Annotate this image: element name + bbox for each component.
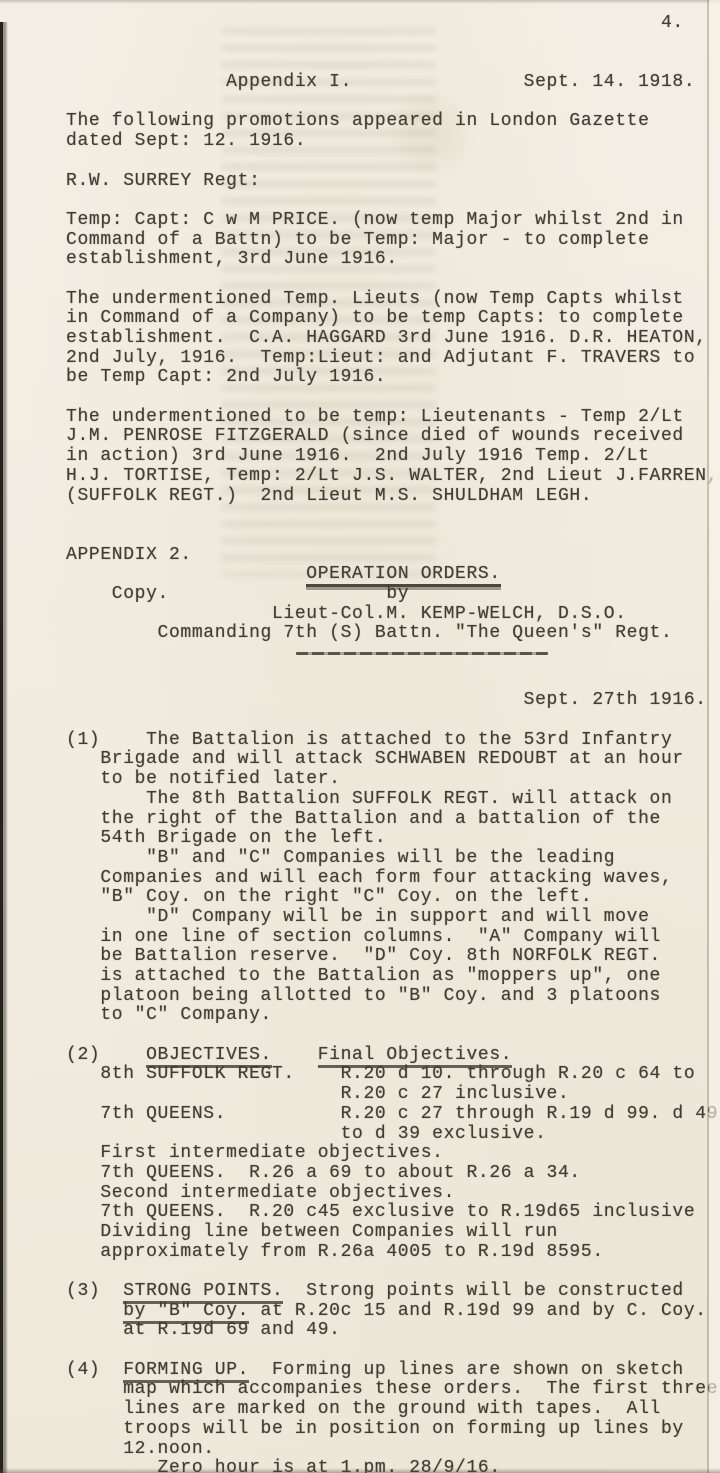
document-line: Dividing line between Companies will run [66, 1223, 720, 1243]
document-line: 54th Brigade on the left. [66, 829, 720, 849]
text-segment: Command of a Battn) to be Temp: Major - … [66, 230, 650, 250]
right-paper-edge [707, 0, 720, 1473]
text-segment: (1) The Battalion is attached to the 53r… [66, 730, 672, 750]
top-scan-edge [0, 0, 720, 4]
text-segment: (3) [66, 1281, 123, 1301]
document-line: 2nd July, 1916. Temp:Lieut: and Adjutant… [66, 349, 720, 369]
text-segment [272, 1045, 318, 1065]
document-line: 7th QUEENS. R.20 c45 exclusive to R.19d6… [66, 1203, 720, 1223]
text-segment: to be notified later. [66, 769, 341, 789]
document-line: 7th QUEENS. R.26 a 69 to about R.26 a 34… [66, 1164, 720, 1184]
text-segment: in Command of a Company) to be temp Capt… [66, 308, 684, 328]
document-line: (3) STRONG POINTS. Strong points will be… [66, 1282, 720, 1302]
document-line: Copy. by [66, 585, 720, 605]
text-segment: (SUFFOLK REGT.) 2nd Lieut M.S. SHULDHAM … [66, 486, 592, 506]
text-segment: approximately from R.26a 4005 to R.19d 8… [66, 1242, 604, 1262]
text-segment: "B" Coy. on the right "C" Coy. on the le… [66, 887, 592, 907]
document-line: "B" Coy. on the right "C" Coy. on the le… [66, 888, 720, 908]
text-segment: to "C" Company. [66, 1005, 272, 1025]
document-line: map which accompanies these orders. The … [66, 1380, 720, 1400]
document-line [66, 1262, 720, 1282]
document-line: troops will be in position on forming up… [66, 1420, 720, 1440]
document-line [66, 672, 720, 692]
text-segment: R.20 c 27 inclusive. [66, 1084, 569, 1104]
document-line [66, 270, 720, 290]
text-segment: Appendix I. Sept. 14. 1918. [66, 72, 695, 92]
text-segment: The 8th Battalion SUFFOLK REGT. will att… [66, 789, 672, 809]
document-line: "D" Company will be in support and will … [66, 908, 720, 928]
underlined-text: by "B" Coy. [123, 1301, 249, 1321]
text-segment: in one line of section columns. "A" Comp… [66, 927, 661, 947]
text-segment: to d 39 exclusive. [66, 1124, 547, 1144]
document-line [66, 526, 720, 546]
text-segment: Companies and will each form four attack… [66, 868, 672, 888]
text-segment: map which accompanies these orders. The … [66, 1379, 718, 1399]
underlined-text: STRONG POINTS. [123, 1281, 283, 1301]
document-line [66, 191, 720, 211]
document-line: by "B" Coy. at R.20c 15 and R.19d 99 and… [66, 1302, 720, 1322]
document-line: (4) FORMING UP. Forming up lines are sho… [66, 1361, 720, 1381]
document-line: dated Sept: 12. 1916. [66, 132, 720, 152]
document-line: in one line of section columns. "A" Comp… [66, 928, 720, 948]
text-segment: Lieut-Col.M. KEMP-WELCH, D.S.O. [66, 604, 627, 624]
document-line: 8th SUFFOLK REGT. R.20 d 10. through R.2… [66, 1065, 720, 1085]
document-line: approximately from R.26a 4005 to R.19d 8… [66, 1243, 720, 1263]
text-segment: 7th QUEENS. R.20 c 27 through R.19 d 99.… [66, 1104, 718, 1124]
text-segment: Temp: Capt: C w M PRICE. (now temp Major… [66, 210, 684, 230]
text-segment: The undermentioned to be temp: Lieutenan… [66, 407, 684, 427]
text-segment: 7th QUEENS. R.20 c45 exclusive to R.19d6… [66, 1202, 695, 1222]
text-segment: (4) [66, 1360, 123, 1380]
document-line [66, 388, 720, 408]
left-scan-edge [0, 22, 8, 1473]
document-line: "B" and "C" Companies will be the leadin… [66, 849, 720, 869]
text-segment: 12.noon. [66, 1439, 215, 1459]
document-line: (2) OBJECTIVES. Final Objectives. [66, 1046, 720, 1066]
bottom-scan-edge [0, 1468, 720, 1473]
text-segment: be Battalion reserve. "D" Coy. 8th NORFO… [66, 946, 661, 966]
text-segment: 8th SUFFOLK REGT. R.20 d 10. through R.2… [66, 1064, 695, 1084]
underlined-text: Final Objectives. [318, 1045, 513, 1065]
document-line [66, 1341, 720, 1361]
text-segment: R.W. SURREY Regt: [66, 171, 261, 191]
separator-rule-line [66, 652, 720, 672]
document-line: The following promotions appeared in Lon… [66, 112, 720, 132]
document-line [66, 152, 720, 172]
document-line: Commanding 7th (S) Battn. "The Queen's" … [66, 624, 720, 644]
document-line: 12.noon. [66, 1440, 720, 1460]
document-line: Command of a Battn) to be Temp: Major - … [66, 231, 720, 251]
appendix-2-heading-line: APPENDIX 2. [66, 546, 720, 566]
document-line [66, 93, 720, 113]
text-segment: at R.19d 69 and 49. [66, 1320, 341, 1340]
underlined-text: OBJECTIVES. [146, 1045, 272, 1065]
document-line: Lieut-Col.M. KEMP-WELCH, D.S.O. [66, 605, 720, 625]
document-line: at R.19d 69 and 49. [66, 1321, 720, 1341]
document-line: establishment, 3rd June 1916. [66, 250, 720, 270]
document-line [66, 506, 720, 526]
text-segment: Second intermediate objectives. [66, 1183, 455, 1203]
document-line: to be notified later. [66, 770, 720, 790]
text-layer: 4. Appendix I. Sept. 14. 1918.The follow… [0, 0, 720, 1473]
text-segment: 7th QUEENS. R.26 a 69 to about R.26 a 34… [66, 1163, 581, 1183]
document-line: in Command of a Company) to be temp Capt… [66, 309, 720, 329]
document-line: Companies and will each form four attack… [66, 869, 720, 889]
text-segment: 54th Brigade on the left. [66, 828, 386, 848]
document-line: The undermentioned to be temp: Lieutenan… [66, 408, 720, 428]
document-line: (1) The Battalion is attached to the 53r… [66, 731, 720, 751]
text-segment: Copy. by [66, 584, 409, 604]
document-line: First intermediate objectives. [66, 1144, 720, 1164]
underlined-text: FORMING UP. [123, 1360, 249, 1380]
document-line: in action) 3rd June 1916. 2nd July 1916 … [66, 447, 720, 467]
operation-orders-title-line: OPERATION ORDERS. [66, 565, 720, 585]
text-segment: The following promotions appeared in Lon… [66, 111, 650, 131]
text-segment [66, 564, 306, 584]
document-line: the right of the Battalion and a battali… [66, 810, 720, 830]
text-segment: lines are marked on the ground with tape… [66, 1399, 661, 1419]
text-segment: APPENDIX 2. [66, 545, 192, 565]
text-segment: The undermentioned Temp. Lieuts (now Tem… [66, 289, 684, 309]
document-line [66, 34, 720, 54]
text-segment: 4. [66, 13, 684, 33]
document-line: R.20 c 27 inclusive. [66, 1085, 720, 1105]
text-segment: Forming up lines are shown on sketch [249, 1360, 684, 1380]
text-segment: 2nd July, 1916. Temp:Lieut: and Adjutant… [66, 348, 695, 368]
text-segment: establishment, 3rd June 1916. [66, 249, 398, 269]
text-segment: Dividing line between Companies will run [66, 1222, 558, 1242]
text-segment: platoon being allotted to "B" Coy. and 3… [66, 986, 661, 1006]
text-segment: be Temp Capt: 2nd July 1916. [66, 367, 386, 387]
text-segment: troops will be in position on forming up… [66, 1419, 684, 1439]
document-line: is attached to the Battalion as "moppers… [66, 967, 720, 987]
text-segment: in action) 3rd June 1916. 2nd July 1916 … [66, 446, 650, 466]
document-line: J.M. PENROSE FITZGERALD (since died of w… [66, 427, 720, 447]
document-line: to "C" Company. [66, 1006, 720, 1026]
document-line [66, 1026, 720, 1046]
document-line: R.W. SURREY Regt: [66, 172, 720, 192]
text-segment: Strong points will be constructed [283, 1281, 683, 1301]
document-line: establishment. C.A. HAGGARD 3rd June 191… [66, 329, 720, 349]
text-segment: Brigade and will attack SCHWABEN REDOUBT… [66, 749, 684, 769]
text-segment: "B" and "C" Companies will be the leadin… [66, 848, 615, 868]
document-line: lines are marked on the ground with tape… [66, 1400, 720, 1420]
document-line: platoon being allotted to "B" Coy. and 3… [66, 987, 720, 1007]
appendix-1-heading-line: Appendix I. Sept. 14. 1918. [66, 73, 720, 93]
text-segment: dated Sept: 12. 1916. [66, 131, 306, 151]
text-segment: First intermediate objectives. [66, 1143, 444, 1163]
text-segment: establishment. C.A. HAGGARD 3rd June 191… [66, 328, 707, 348]
document-line: (SUFFOLK REGT.) 2nd Lieut M.S. SHULDHAM … [66, 487, 720, 507]
text-segment: J.M. PENROSE FITZGERALD (since died of w… [66, 426, 684, 446]
document-line: 7th QUEENS. R.20 c 27 through R.19 d 99.… [66, 1105, 720, 1125]
text-segment: Sept. 27th 1916. [66, 690, 707, 710]
page-number-line: 4. [66, 14, 720, 34]
document-line: be Battalion reserve. "D" Coy. 8th NORFO… [66, 947, 720, 967]
text-segment: (2) [66, 1045, 146, 1065]
document-page: 4. Appendix I. Sept. 14. 1918.The follow… [0, 0, 720, 1473]
text-segment: the right of the Battalion and a battali… [66, 809, 661, 829]
document-line [66, 711, 720, 731]
document-line: Brigade and will attack SCHWABEN REDOUBT… [66, 750, 720, 770]
text-segment: "D" Company will be in support and will … [66, 907, 650, 927]
document-line: Second intermediate objectives. [66, 1184, 720, 1204]
underlined-text: OPERATION ORDERS. [306, 564, 501, 584]
document-line: Temp: Capt: C w M PRICE. (now temp Major… [66, 211, 720, 231]
text-segment: H.J. TORTISE, Temp: 2/Lt J.S. WALTER, 2n… [66, 466, 718, 486]
document-line: The undermentioned Temp. Lieuts (now Tem… [66, 290, 720, 310]
document-line [66, 53, 720, 73]
order-date-line: Sept. 27th 1916. [66, 691, 720, 711]
document-line: be Temp Capt: 2nd July 1916. [66, 368, 720, 388]
text-segment: Commanding 7th (S) Battn. "The Queen's" … [66, 623, 672, 643]
text-segment [66, 1301, 123, 1321]
document-line: The 8th Battalion SUFFOLK REGT. will att… [66, 790, 720, 810]
text-segment: at R.20c 15 and R.19d 99 and by C. Coy. [249, 1301, 707, 1321]
separator-rule [296, 652, 548, 655]
document-line: to d 39 exclusive. [66, 1125, 720, 1145]
text-segment: is attached to the Battalion as "moppers… [66, 966, 661, 986]
document-line: H.J. TORTISE, Temp: 2/Lt J.S. WALTER, 2n… [66, 467, 720, 487]
